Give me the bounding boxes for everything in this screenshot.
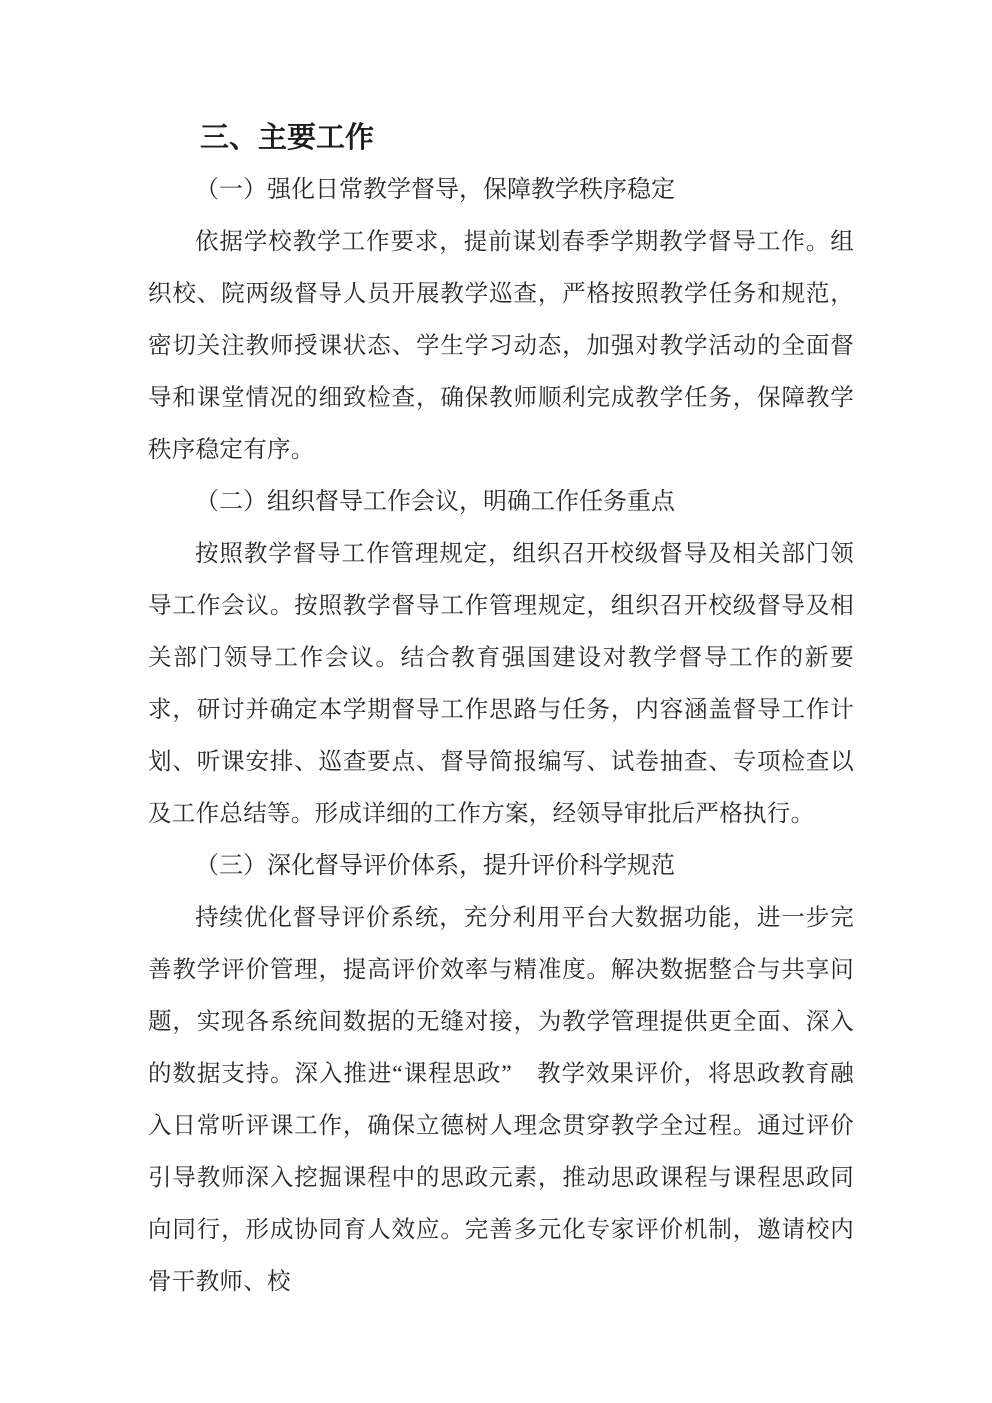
section-3-heading: （三）深化督导评价体系，提升评价科学规范: [148, 840, 854, 892]
section-1-paragraph: 依据学校教学工作要求，提前谋划春季学期教学督导工作。组织校、院两级督导人员开展教…: [148, 216, 854, 476]
section-2-paragraph: 按照教学督导工作管理规定，组织召开校级督导及相关部门领导工作会议。按照教学督导工…: [148, 528, 854, 840]
section-3: （三）深化督导评价体系，提升评价科学规范 持续优化督导评价系统，充分利用平台大数…: [148, 840, 854, 1308]
section-2-heading: （二）组织督导工作会议，明确工作任务重点: [148, 476, 854, 528]
section-3-paragraph: 持续优化督导评价系统，充分利用平台大数据功能，进一步完善教学评价管理，提高评价效…: [148, 892, 854, 1308]
section-1-heading: （一）强化日常教学督导，保障教学秩序稳定: [148, 164, 854, 216]
document-page: { "document": { "title": "三、主要工作", "sect…: [0, 0, 992, 1403]
document-content: 三、主要工作 （一）强化日常教学督导，保障教学秩序稳定 依据学校教学工作要求，提…: [148, 112, 854, 1308]
section-2: （二）组织督导工作会议，明确工作任务重点 按照教学督导工作管理规定，组织召开校级…: [148, 476, 854, 840]
section-1: （一）强化日常教学督导，保障教学秩序稳定 依据学校教学工作要求，提前谋划春季学期…: [148, 164, 854, 476]
document-title: 三、主要工作: [148, 112, 854, 164]
